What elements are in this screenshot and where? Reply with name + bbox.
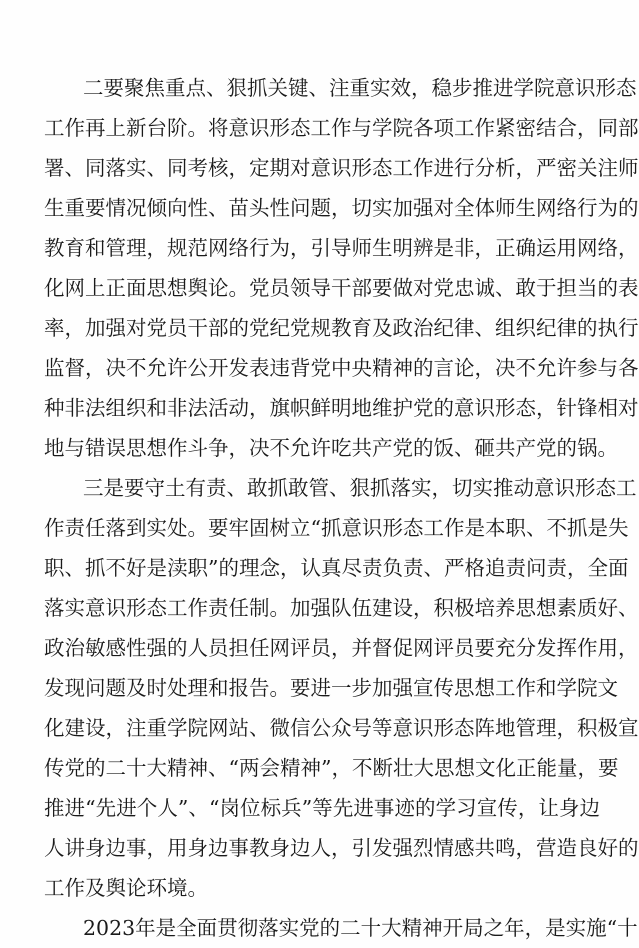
paragraph-3-line-3: 职、抓不好是渎职”的理念，认真尽责负责、严格追责问责，全面: [44, 555, 600, 581]
paragraph-2-line-6: 化网上正面思想舆论。党员领导干部要做对党忠诚、敢于担当的表: [44, 275, 600, 301]
paragraph-2-line-5: 教育和管理，规范网络行为，引导师生明辨是非，正确运用网络，强: [44, 235, 600, 261]
paragraph-2-line-7: 率，加强对党员干部的党纪党规教育及政治纪律、组织纪律的执行: [44, 315, 600, 341]
paragraph-2-line-4: 生重要情况倾向性、苗头性问题，切实加强对全体师生网络行为的: [44, 195, 600, 221]
paragraph-3-line-11: 工作及舆论环境。: [44, 875, 600, 901]
document-page: 二要聚焦重点、狠抓关键、注重实效，稳步推进学院意识形态 工作再上新台阶。将意识形…: [0, 0, 639, 948]
paragraph-3-line-7: 化建设，注重学院网站、微信公众号等意识形态阵地管理，积极宣: [44, 715, 600, 741]
paragraph-2-line-9: 种非法组织和非法活动，旗帜鲜明地维护党的意识形态，针锋相对: [44, 395, 600, 421]
paragraph-4-line-1: 2023年是全面贯彻落实党的二十大精神开局之年，是实施“十: [83, 915, 600, 941]
paragraph-2-line-3: 署、同落实、同考核，定期对意识形态工作进行分析，严密关注师: [44, 155, 600, 181]
paragraph-3-line-8: 传党的二十大精神、“两会精神”，不断壮大思想文化正能量，要: [44, 755, 600, 781]
paragraph-3-line-6: 发现问题及时处理和报告。要进一步加强宣传思想工作和学院文: [44, 675, 600, 701]
paragraph-2-line-8: 监督，决不允许公开发表违背党中央精神的言论，决不允许参与各: [44, 355, 600, 381]
paragraph-3-line-1: 三是要守土有责、敢抓敢管、狠抓落实，切实推动意识形态工: [83, 475, 600, 501]
paragraph-3-line-10: 人讲身边事，用身边事教身边人，引发强烈情感共鸣，营造良好的: [44, 835, 600, 861]
paragraph-3-line-4: 落实意识形态工作责任制。加强队伍建设，积极培养思想素质好、: [44, 595, 600, 621]
paragraph-2-line-1: 二要聚焦重点、狠抓关键、注重实效，稳步推进学院意识形态: [83, 75, 600, 101]
paragraph-3-line-5: 政治敏感性强的人员担任网评员，并督促网评员要充分发挥作用，: [44, 635, 600, 661]
paragraph-3-line-2: 作责任落到实处。要牢固树立“抓意识形态工作是本职、不抓是失: [44, 515, 600, 541]
paragraph-3-line-9: 推进“先进个人”、“岗位标兵”等先进事迹的学习宣传，让身边: [44, 795, 600, 821]
paragraph-2-line-2: 工作再上新台阶。将意识形态工作与学院各项工作紧密结合，同部: [44, 115, 600, 141]
paragraph-2-line-10: 地与错误思想作斗争，决不允许吃共产党的饭、砸共产党的锅。: [44, 435, 600, 461]
